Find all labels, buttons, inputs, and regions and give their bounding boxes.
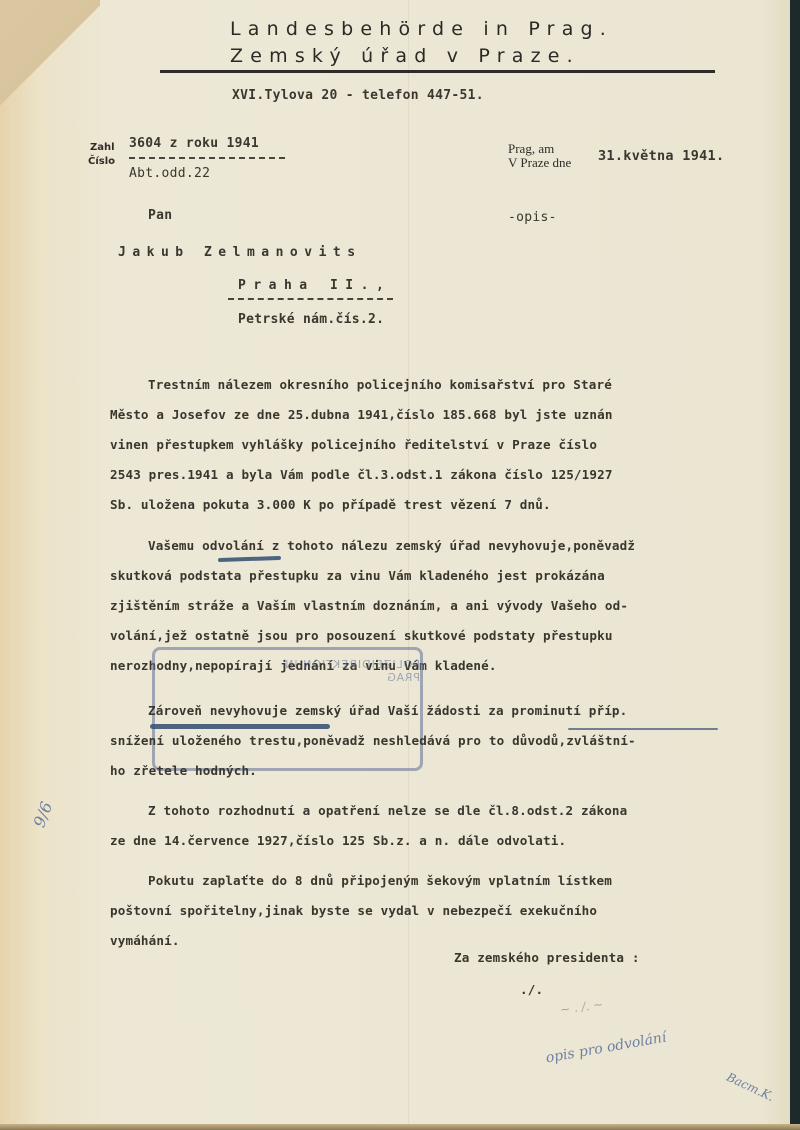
body-line: Pokutu zaplaťte do 8 dnů připojeným šeko… bbox=[148, 873, 612, 888]
body-line: Zároveň nevyhovuje zemský úřad Vaší žádo… bbox=[148, 703, 627, 718]
reference-underline bbox=[129, 157, 285, 159]
letterhead-german: Landesbehörde in Prag. bbox=[230, 18, 613, 40]
addressee-city: Praha II., bbox=[238, 278, 391, 293]
body-line: Trestním nálezem okresního policejního k… bbox=[148, 377, 612, 392]
addressee-name: Jakub Zelmanovits bbox=[118, 245, 362, 260]
body-line: snížení uloženého trestu,poněvadž neshle… bbox=[110, 733, 636, 748]
signature-mark: ./. bbox=[520, 982, 543, 997]
reference-number: 3604 z roku 1941 bbox=[129, 136, 259, 151]
body-line: ze dne 14.července 1927,číslo 125 Sb.z. … bbox=[110, 833, 566, 848]
body-line: Město a Josefov ze dne 25.dubna 1941,čís… bbox=[110, 407, 613, 422]
signoff: Za zemského presidenta : bbox=[454, 950, 640, 965]
document-page: Landesbehörde in Prag. Zemský úřad v Pra… bbox=[0, 0, 790, 1130]
handwritten-note: opis pro odvolání bbox=[545, 1030, 668, 1067]
ink-underline bbox=[568, 728, 718, 730]
paper-fold-line bbox=[408, 0, 409, 1130]
copy-mark: -opis- bbox=[508, 210, 557, 225]
date-label-german: Prag, am bbox=[508, 142, 554, 156]
body-line: vinen přestupkem vyhlášky policejního ře… bbox=[110, 437, 597, 452]
body-line: skutková podstata přestupku za vinu Vám … bbox=[110, 568, 605, 583]
pencil-scribble: ~ . /. ~ bbox=[559, 997, 604, 1017]
letterhead-rule bbox=[160, 70, 715, 73]
zahl-label: Zahl bbox=[90, 141, 115, 154]
office-address: XVI.Tylova 20 - telefon 447-51. bbox=[232, 88, 484, 103]
folded-corner bbox=[0, 0, 100, 110]
margin-number-annotation: 9/6 bbox=[30, 799, 57, 830]
date-label-czech: V Praze dne bbox=[508, 156, 571, 170]
paper-bottom-edge bbox=[0, 1124, 800, 1130]
handwritten-initials: Bacm.K. bbox=[724, 1070, 776, 1104]
body-line: 2543 pres.1941 a byla Vám podle čl.3.ods… bbox=[110, 467, 613, 482]
body-line: poštovní spořitelny,jinak byste se vydal… bbox=[110, 903, 597, 918]
body-line: volání,jež ostatně jsou pro posouzení sk… bbox=[110, 628, 613, 643]
body-line: Sb. uložena pokuta 3.000 K po případě tr… bbox=[110, 497, 551, 512]
letterhead-czech: Zemský úřad v Praze. bbox=[230, 45, 580, 67]
scan-edge bbox=[790, 0, 800, 1130]
cislo-label: Číslo bbox=[88, 155, 115, 168]
ink-underline bbox=[218, 556, 281, 562]
body-line: vymáhání. bbox=[110, 933, 180, 948]
addressee-salutation: Pan bbox=[148, 208, 172, 223]
document-date: 31.května 1941. bbox=[598, 148, 724, 164]
body-line: ho zřetele hodných. bbox=[110, 763, 257, 778]
ink-underline bbox=[150, 724, 330, 729]
body-line: zjištěním stráže a Vaším vlastním doznán… bbox=[110, 598, 628, 613]
department-code: Abt.odd.22 bbox=[129, 166, 210, 181]
body-line: Z tohoto rozhodnutí a opatření nelze se … bbox=[148, 803, 627, 818]
body-line: Vašemu odvolání z tohoto nálezu zemský ú… bbox=[148, 538, 635, 553]
city-underline bbox=[228, 298, 393, 300]
stamp-text: POLIZEIDIREKTION IN PRAG bbox=[250, 658, 420, 684]
addressee-street: Petrské nám.čís.2. bbox=[238, 312, 384, 327]
